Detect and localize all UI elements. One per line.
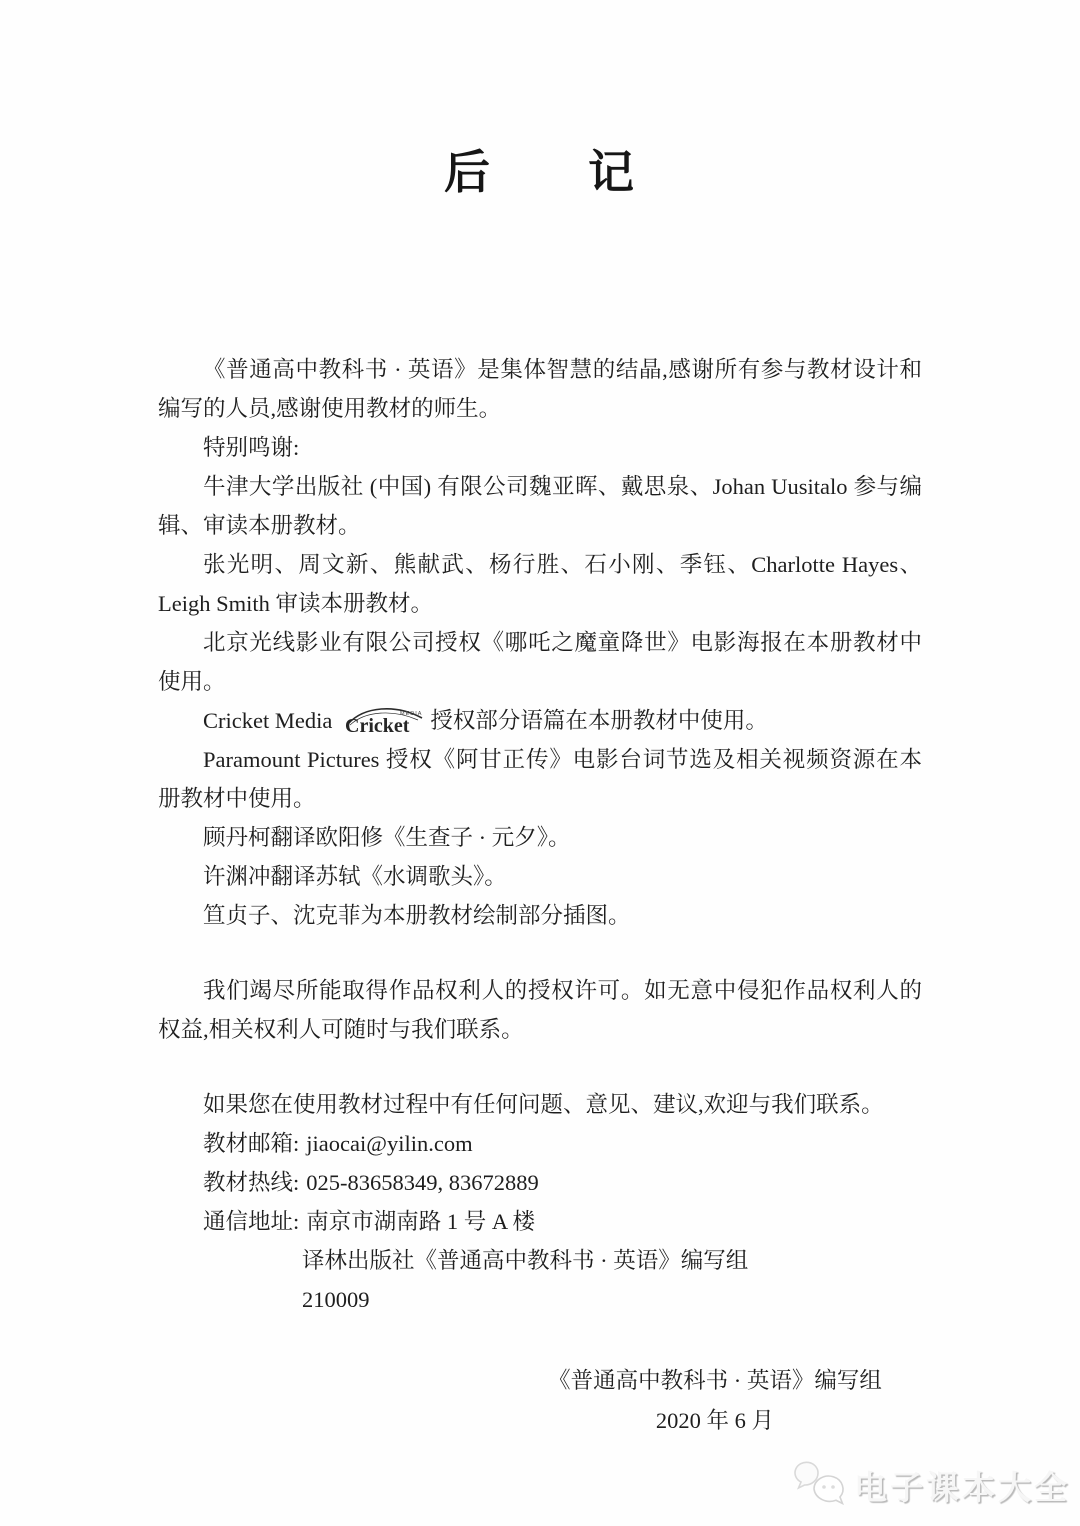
cricket-logo-media-label: MEDIA (400, 711, 422, 717)
paragraph-special-thanks-heading: 特别鸣谢: (158, 428, 922, 467)
signature-date: 2020 年 6 月 (525, 1401, 905, 1441)
contact-email-label: 教材邮箱: (203, 1131, 299, 1156)
contact-hotline-label: 教材热线: (203, 1170, 299, 1195)
cricket-suffix-text: 授权部分语篇在本册教材中使用。 (430, 708, 768, 733)
paragraph-enlight-pictures: 北京光线影业有限公司授权《哪吒之魔童降世》电影海报在本册教材中使用。 (158, 623, 922, 701)
page-title: 后 记 (0, 0, 1080, 202)
watermark: 电子课本大全 (794, 1460, 1070, 1510)
contact-postcode: 210009 (158, 1280, 922, 1319)
cricket-logo-word: Cricket (345, 715, 410, 737)
paragraph-paramount: Paramount Pictures 授权《阿甘正传》电影台词节选及相关视频资源… (158, 740, 922, 818)
paragraph-gudanke-translation: 顾丹柯翻译欧阳修《生查子 · 元夕》。 (158, 818, 922, 857)
paragraph-intro: 《普通高中教科书 · 英语》是集体智慧的结晶,感谢所有参与教材设计和编写的人员,… (158, 350, 922, 428)
contact-hotline-line: 教材热线:025-83658349, 83672889 (158, 1163, 922, 1202)
paragraph-reviewers: 张光明、周文新、熊献武、杨行胜、石小刚、季钰、Charlotte Hayes、L… (158, 545, 922, 623)
contact-address-label: 通信地址: (203, 1209, 299, 1234)
afterword-body: 《普通高中教科书 · 英语》是集体智慧的结晶,感谢所有参与教材设计和编写的人员,… (158, 350, 922, 1319)
contact-email-value: jiaocai@yilin.com (306, 1131, 472, 1156)
signature-block: 《普通高中教科书 · 英语》编写组 2020 年 6 月 (525, 1361, 905, 1441)
bubble-eye-left (822, 1485, 826, 1489)
afterword-page: 后 记 《普通高中教科书 · 英语》是集体智慧的结晶,感谢所有参与教材设计和编写… (0, 0, 1080, 1526)
signature-group: 《普通高中教科书 · 英语》编写组 (525, 1361, 905, 1401)
paragraph-rights-notice: 我们竭尽所能取得作品权利人的授权许可。如无意中侵犯作品权利人的权益,相关权利人可… (158, 971, 922, 1049)
contact-address-value: 南京市湖南路 1 号 A 楼 (306, 1209, 535, 1234)
paragraph-xuyuanchong-translation: 许渊冲翻译苏轼《水调歌头》。 (158, 857, 922, 896)
contact-email-line: 教材邮箱:jiaocai@yilin.com (158, 1124, 922, 1163)
paragraph-feedback-invite: 如果您在使用教材过程中有任何问题、意见、建议,欢迎与我们联系。 (158, 1085, 922, 1124)
paragraph-cricket-media: Cricket Media Cricket MEDIA 授权部分语篇在本册教材中… (158, 701, 922, 740)
paragraph-illustrators: 笪贞子、沈克菲为本册教材绘制部分插图。 (158, 896, 922, 935)
bubble-eye-right (831, 1485, 835, 1489)
contact-address-line: 通信地址:南京市湖南路 1 号 A 楼 (158, 1202, 922, 1241)
watermark-text: 电子课本大全 (854, 1462, 1070, 1509)
cricket-media-logo-icon: Cricket MEDIA (338, 707, 426, 737)
cricket-prefix-text: Cricket Media (203, 708, 332, 733)
wechat-bubbles-icon (794, 1460, 850, 1510)
paragraph-oup-credits: 牛津大学出版社 (中国) 有限公司魏亚晖、戴思泉、Johan Uusitalo … (158, 467, 922, 545)
contact-hotline-value: 025-83658349, 83672889 (306, 1170, 539, 1195)
large-chat-bubble (814, 1476, 843, 1503)
contact-address-line2: 译林出版社《普通高中教科书 · 英语》编写组 (158, 1241, 922, 1280)
